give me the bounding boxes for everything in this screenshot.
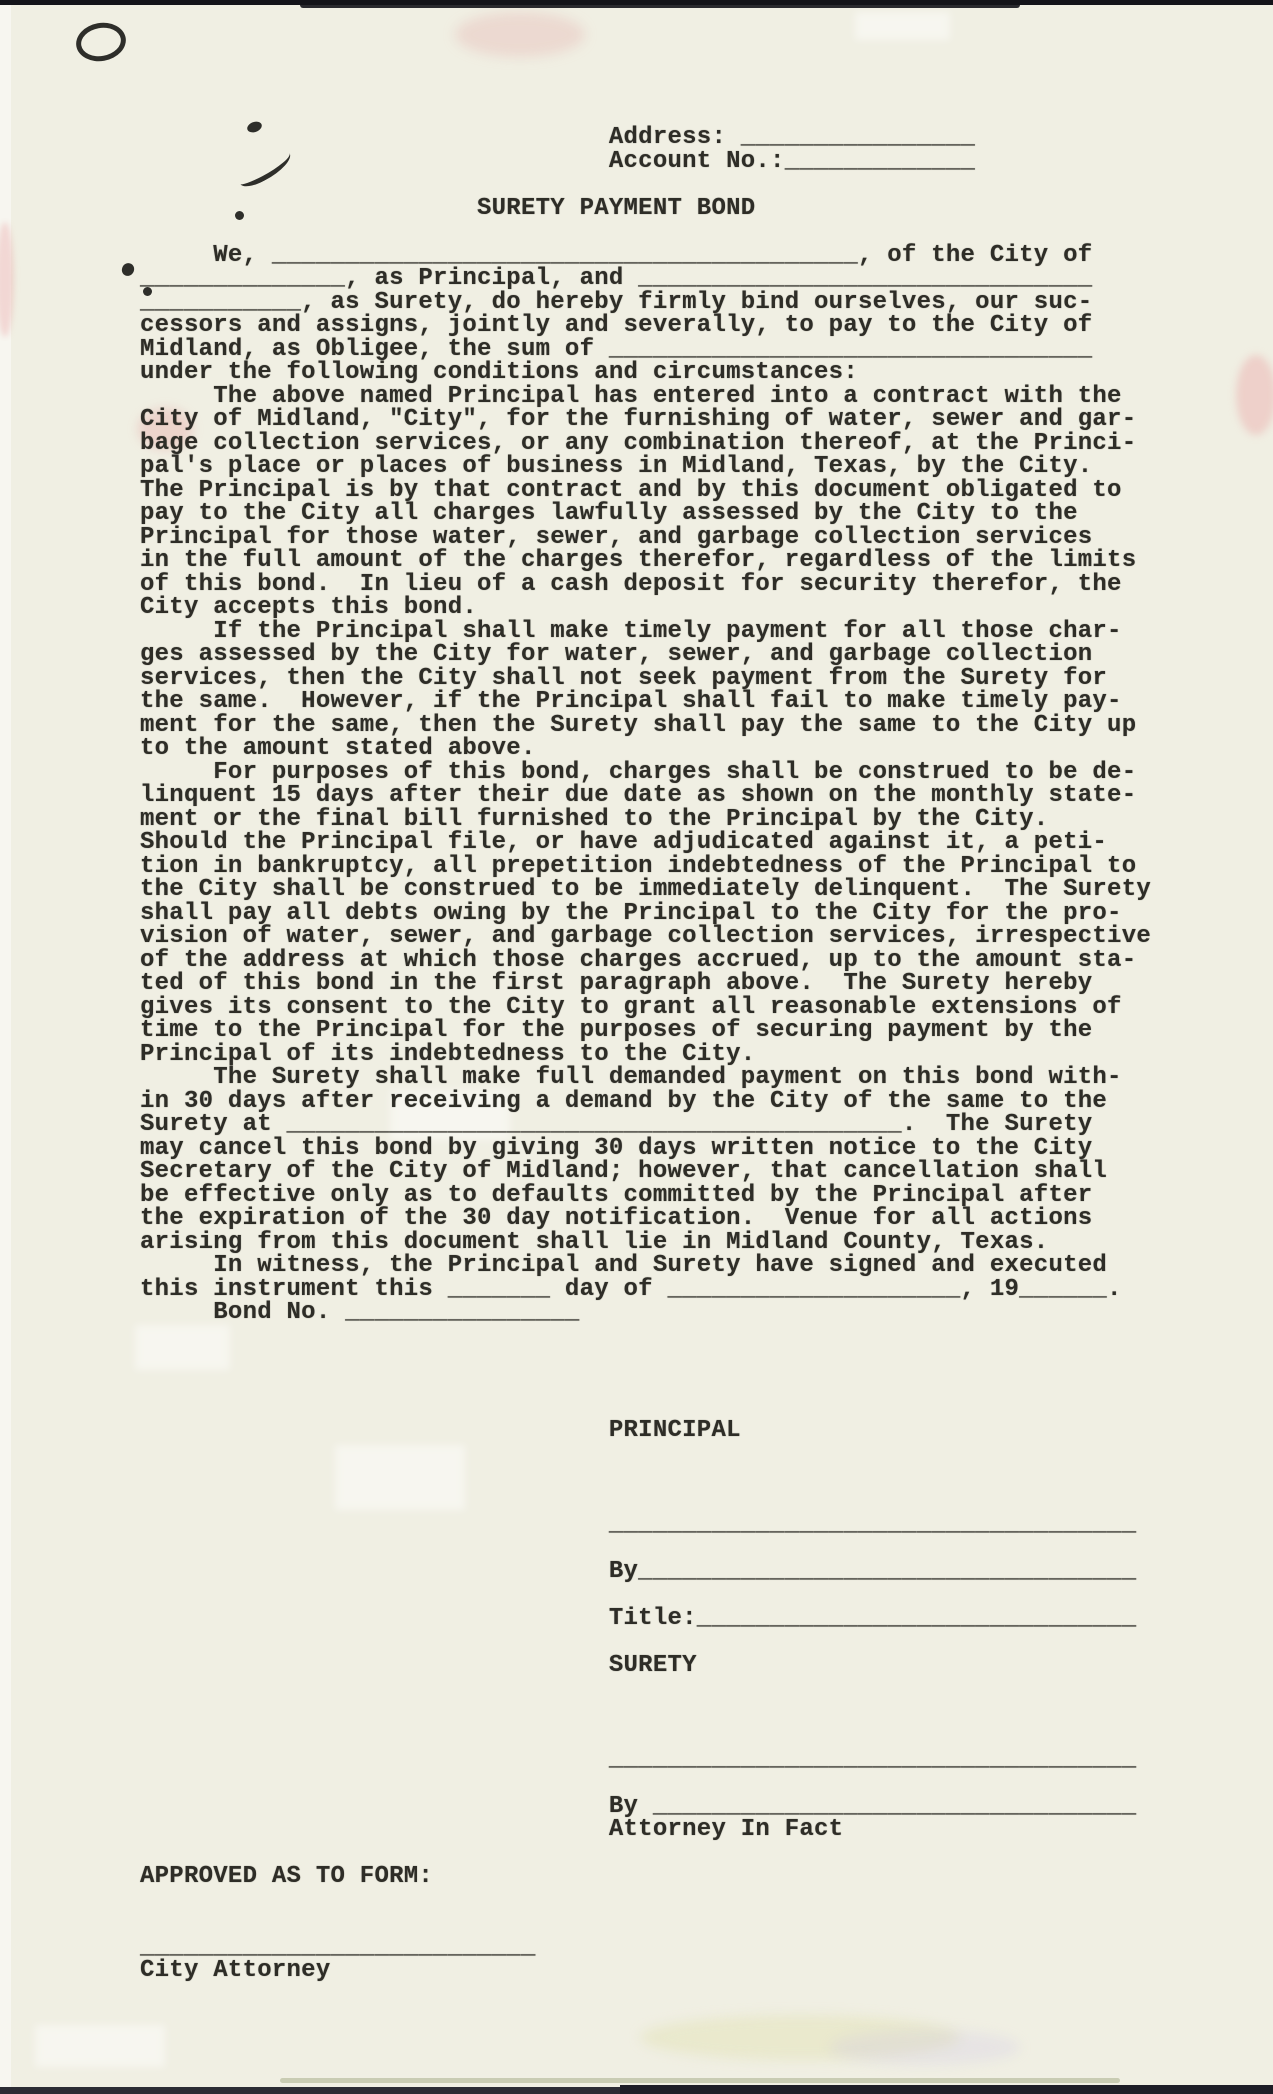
approval-block: APPROVED AS TO FORM: ___________________…	[140, 1865, 1151, 1983]
paper-stain	[830, 2030, 1020, 2065]
typewritten-text-column: Address: ________________ Account No.:__…	[140, 126, 1151, 1983]
principal-signature-block: PRINCIPAL ______________________________…	[140, 1419, 1151, 1631]
document-body-text: We, ____________________________________…	[140, 244, 1151, 1325]
scan-edge-strip-top	[300, 0, 1020, 8]
scan-shadow	[280, 2078, 1120, 2083]
ink-dot-mark	[120, 261, 137, 278]
scanned-document-page: Address: ________________ Account No.:__…	[0, 0, 1273, 2094]
document-header: Address: ________________ Account No.:__…	[140, 126, 1151, 173]
paper-stain	[1236, 355, 1273, 435]
paper-stain	[0, 222, 14, 337]
surety-signature-block: SURETY _________________________________…	[140, 1654, 1151, 1842]
scan-edge-strip-bottom	[620, 2085, 1273, 2094]
paper-stain	[455, 12, 585, 57]
scan-light-patch	[35, 2025, 165, 2067]
handwritten-circle-mark	[73, 19, 129, 65]
scan-light-patch	[855, 12, 950, 40]
document-title: SURETY PAYMENT BOND	[140, 197, 1151, 221]
